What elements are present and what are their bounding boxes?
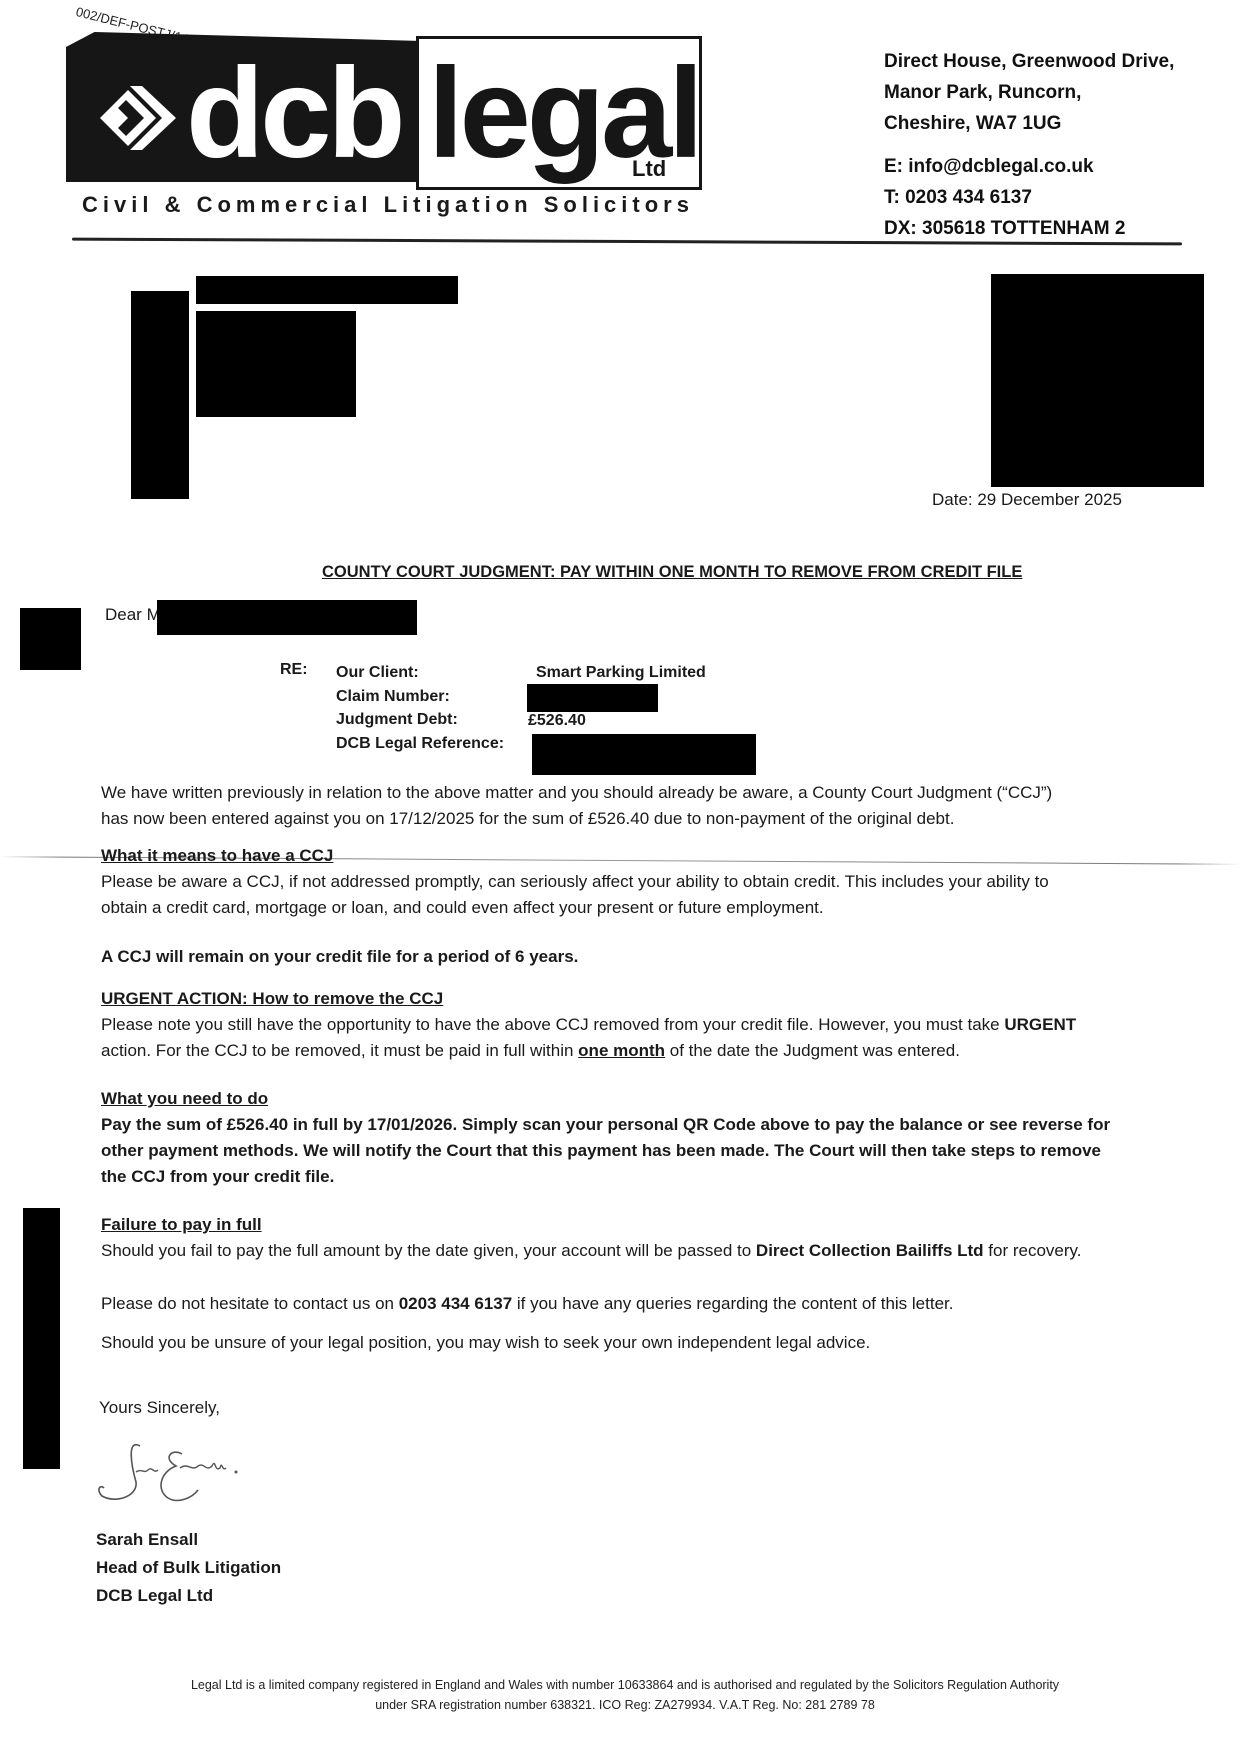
reference-debt-label: Judgment Debt: <box>336 708 504 732</box>
redaction-recipient-address <box>196 311 356 417</box>
redaction-salutation-name <box>157 600 417 635</box>
legal-footer: Legal Ltd is a limited company registere… <box>60 1675 1190 1715</box>
contact-paragraph: Please do not hesitate to contact us on … <box>101 1291 1201 1317</box>
signatory-company: DCB Legal Ltd <box>96 1582 281 1610</box>
footer-line: Legal Ltd is a limited company registere… <box>60 1675 1190 1695</box>
reference-debt-value: £526.40 <box>528 712 586 730</box>
contact-phone[interactable]: 0203 434 6137 <box>399 1294 512 1313</box>
firm-address-block: Direct House, Greenwood Drive, Manor Par… <box>884 46 1174 244</box>
section-heading: What you need to do <box>101 1086 1201 1112</box>
letter-subject: COUNTY COURT JUDGMENT: PAY WITHIN ONE MO… <box>322 563 1022 582</box>
reference-client-value: Smart Parking Limited <box>536 664 706 682</box>
logo-word-dcb: dcb <box>186 50 402 178</box>
urgent-action-section: URGENT ACTION: How to remove the CCJ Ple… <box>101 986 1201 1064</box>
redaction-recipient-address-bar <box>131 291 189 499</box>
section-line: obtain a credit card, mortgage or loan, … <box>101 895 1201 921</box>
redaction-claim-number <box>527 684 658 712</box>
reference-field-labels: Our Client: Claim Number: Judgment Debt:… <box>336 661 504 755</box>
section-line: Please note you still have the opportuni… <box>101 1012 1201 1038</box>
letter-date: Date: 29 December 2025 <box>932 490 1122 510</box>
redaction-dcb-reference <box>532 734 756 775</box>
intro-paragraph: We have written previously in relation t… <box>101 780 1201 832</box>
reference-dcb-ref-label: DCB Legal Reference: <box>336 732 504 756</box>
dcb-legal-logo: dcb legal Ltd <box>66 28 698 186</box>
handwritten-signature-icon <box>96 1438 266 1508</box>
reference-claim-label: Claim Number: <box>336 685 504 709</box>
intro-line: has now been entered against you on 17/1… <box>101 806 1201 832</box>
what-to-do-section: What you need to do Pay the sum of £526.… <box>101 1086 1201 1190</box>
signatory-block: Sarah Ensall Head of Bulk Litigation DCB… <box>96 1526 281 1610</box>
firm-tagline: Civil & Commercial Litigation Solicitors <box>82 192 694 218</box>
redaction-margin-mark <box>20 608 81 670</box>
firm-email[interactable]: E: info@dcblegal.co.uk <box>884 151 1174 182</box>
signatory-title: Head of Bulk Litigation <box>96 1554 281 1582</box>
firm-phone[interactable]: T: 0203 434 6137 <box>884 182 1174 213</box>
section-heading: Failure to pay in full <box>101 1212 1201 1238</box>
salutation: Dear M <box>105 605 161 625</box>
ccj-duration-notice: A CCJ will remain on your credit file fo… <box>101 944 1201 970</box>
redaction-recipient-name <box>196 276 458 304</box>
section-line: Please be aware a CCJ, if not addressed … <box>101 869 1201 895</box>
failure-to-pay-section: Failure to pay in full Should you fail t… <box>101 1212 1201 1264</box>
ccj-meaning-section: What it means to have a CCJ Please be aw… <box>101 843 1201 921</box>
redaction-left-margin-bar <box>23 1208 60 1469</box>
section-line: action. For the CCJ to be removed, it mu… <box>101 1038 1201 1064</box>
reference-label: RE: <box>280 661 308 679</box>
firm-dx: DX: 305618 TOTTENHAM 2 <box>884 213 1174 244</box>
section-line: Should you fail to pay the full amount b… <box>101 1238 1201 1264</box>
address-line: Direct House, Greenwood Drive, <box>884 46 1174 77</box>
section-line: the CCJ from your credit file. <box>101 1164 1201 1190</box>
logo-suffix: Ltd <box>632 156 666 182</box>
section-line: other payment methods. We will notify th… <box>101 1138 1201 1164</box>
intro-line: We have written previously in relation t… <box>101 780 1201 806</box>
reference-client-label: Our Client: <box>336 661 504 685</box>
chevron-diamond-logo-icon <box>96 76 180 160</box>
address-line: Manor Park, Runcorn, <box>884 77 1174 108</box>
signatory-name: Sarah Ensall <box>96 1526 281 1554</box>
redaction-qr-code <box>991 274 1204 487</box>
address-line: Cheshire, WA7 1UG <box>884 108 1174 139</box>
section-heading: What it means to have a CCJ <box>101 843 1201 869</box>
sign-off: Yours Sincerely, <box>99 1398 220 1418</box>
section-heading: URGENT ACTION: How to remove the CCJ <box>101 986 1201 1012</box>
footer-line: under SRA registration number 638321. IC… <box>60 1695 1190 1715</box>
section-line: Pay the sum of £526.40 in full by 17/01/… <box>101 1112 1201 1138</box>
legal-advice-paragraph: Should you be unsure of your legal posit… <box>101 1330 1201 1356</box>
